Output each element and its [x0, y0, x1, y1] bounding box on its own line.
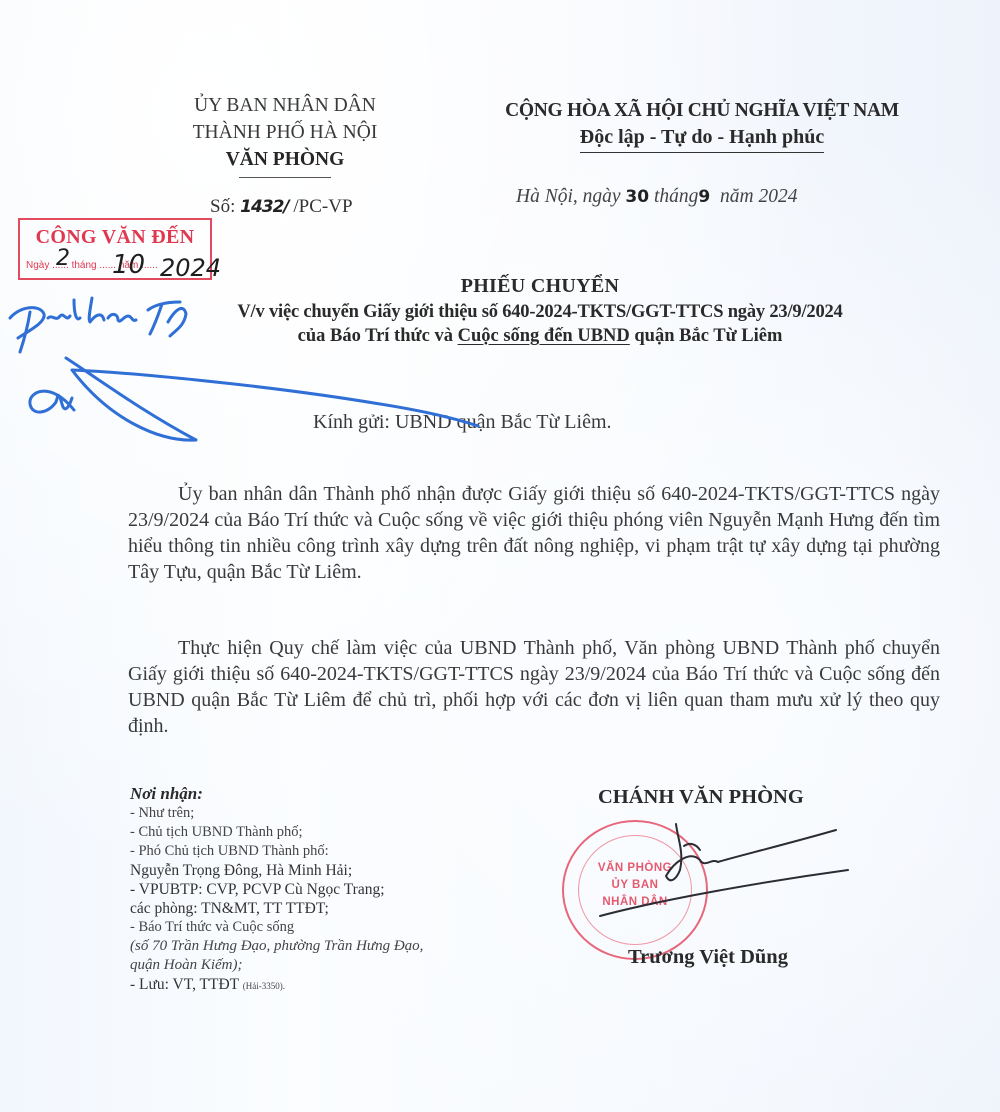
- date-line: Hà Nội, ngày 30 tháng9 năm 2024: [516, 186, 797, 208]
- national-header: CỘNG HÒA XÃ HỘI CHỦ NGHĨA VIỆT NAM Độc l…: [462, 100, 942, 153]
- subject-line-2: của Báo Trí thức và Cuộc sống đến UBND q…: [170, 326, 910, 347]
- date-month-label: tháng: [654, 186, 698, 207]
- date-prefix: Hà Nội, ngày: [516, 186, 621, 207]
- seal-line-3: NHÂN DÂN: [564, 896, 706, 908]
- authority-line-1: ỦY BAN NHÂN DÂN: [170, 92, 400, 119]
- nation-name: CỘNG HÒA XÃ HỘI CHỦ NGHĨA VIỆT NAM: [462, 100, 942, 122]
- official-seal: VĂN PHÒNG ỦY BAN NHÂN DÂN: [562, 820, 708, 960]
- recipient-item: các phòng: TN&MT, TT TTĐT;: [130, 899, 550, 918]
- recipient-item: - Phó Chủ tịch UBND Thành phố:: [130, 842, 550, 861]
- date-month: 9: [698, 187, 710, 207]
- recipients-heading: Nơi nhận:: [130, 784, 550, 803]
- archive-label: - Lưu: VT, TTĐT: [130, 976, 239, 993]
- signatory-title: CHÁNH VĂN PHÒNG: [598, 786, 804, 809]
- paragraph-1-text: Ủy ban nhân dân Thành phố nhận được Giấy…: [128, 481, 940, 585]
- stamp-month: 10: [112, 250, 145, 280]
- recipient-address-1: (số 70 Trần Hưng Đạo, phường Trần Hưng Đ…: [130, 937, 550, 956]
- subject-part-c: quận Bắc Từ Liêm: [630, 326, 783, 346]
- salutation: Kính gửi: UBND quận Bắc Từ Liêm.: [313, 411, 612, 434]
- signatory-name: Trương Việt Dũng: [628, 946, 788, 969]
- header-left-rule: [239, 177, 331, 178]
- recipient-item: Nguyễn Trọng Đông, Hà Minh Hải;: [130, 861, 550, 880]
- archive-note: - Lưu: VT, TTĐT (Hải-3350).: [130, 975, 550, 996]
- body-paragraph-2: Thực hiện Quy chế làm việc của UBND Thàn…: [128, 635, 940, 739]
- paragraph-2-text: Thực hiện Quy chế làm việc của UBND Thàn…: [128, 635, 940, 739]
- date-day: 30: [625, 187, 649, 207]
- recipient-address-2: quận Hoàn Kiếm);: [130, 956, 550, 975]
- recipient-item: - VPUBTP: CVP, PCVP Cù Ngọc Trang;: [130, 880, 550, 899]
- authority-line-2: THÀNH PHỐ HÀ NỘI: [170, 119, 400, 146]
- seal-line-1: VĂN PHÒNG: [564, 862, 706, 874]
- document-number: Số: 1432/ /PC-VP: [210, 196, 353, 218]
- national-motto: Độc lập - Tự do - Hạnh phúc: [580, 126, 824, 153]
- subject-part-a: của Báo Trí thức và: [298, 326, 458, 346]
- seal-line-2: ỦY BAN: [564, 879, 706, 891]
- archive-code: (Hải-3350).: [243, 981, 285, 991]
- issuing-authority: ỦY BAN NHÂN DÂN THÀNH PHỐ HÀ NỘI VĂN PHÒ…: [170, 92, 400, 178]
- recipients-list: Nơi nhận: - Như trên; - Chủ tịch UBND Th…: [130, 784, 550, 996]
- docno-label: Số:: [210, 196, 235, 217]
- document-title-block: PHIẾU CHUYỂN V/v việc chuyển Giấy giới t…: [170, 275, 910, 347]
- docno-suffix: /PC-VP: [293, 196, 352, 217]
- recipient-item: - Chủ tịch UBND Thành phố;: [130, 823, 550, 842]
- document-type: PHIẾU CHUYỂN: [170, 275, 910, 298]
- subject-line-1: V/v việc chuyển Giấy giới thiệu số 640-2…: [170, 302, 910, 323]
- subject-part-b: Cuộc sống đến UBND: [458, 326, 630, 346]
- recipient-item: - Báo Trí thức và Cuộc sống: [130, 918, 550, 937]
- date-year: năm 2024: [720, 186, 797, 207]
- recipient-item: - Như trên;: [130, 804, 550, 823]
- stamp-title: CÔNG VĂN ĐẾN: [20, 226, 210, 249]
- stamp-day: 2: [56, 246, 70, 271]
- docno-handwritten: 1432/: [240, 197, 289, 217]
- issuing-office: VĂN PHÒNG: [170, 146, 400, 173]
- body-paragraph-1: Ủy ban nhân dân Thành phố nhận được Giấy…: [128, 481, 940, 585]
